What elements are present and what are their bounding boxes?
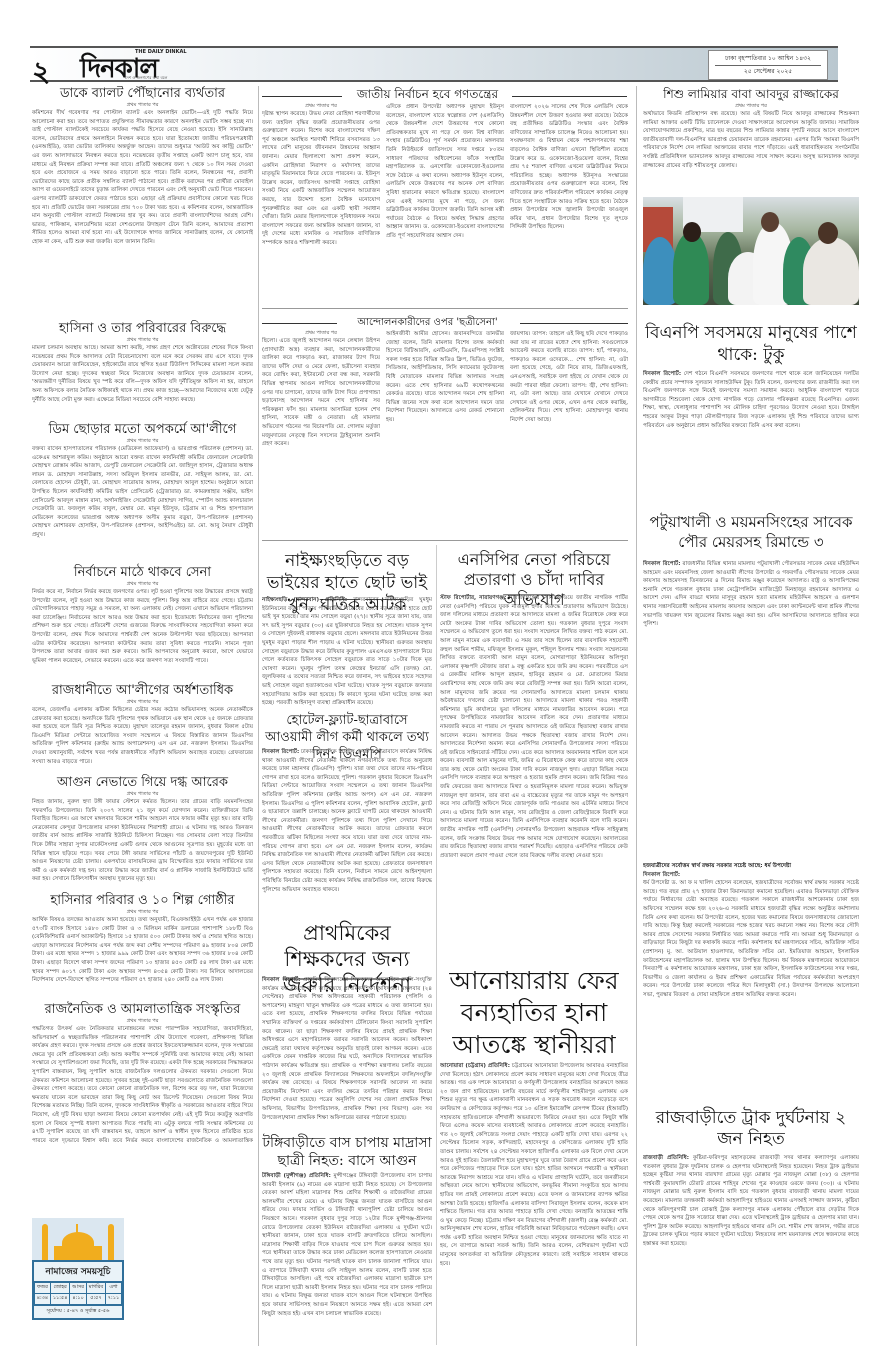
article-postal-ballot: ডাকে ব্যালট পৌঁছানোর ব্যর্থতার প্রথম পাত… xyxy=(32,86,253,321)
header-fajr: ফজর xyxy=(35,1283,51,1294)
article-body: বলেন, তেজগাঁও এলাকায় ঝটিকা মিছিলের চেষ্… xyxy=(32,706,253,775)
article-body: এদিকে প্রধান উপদেষ্টা অধ্যাপক মুহাম্মদ ই… xyxy=(386,103,504,241)
article-body: মামলা চলমান অবস্থায় আছে। আমরা আশা করছি,… xyxy=(32,344,253,422)
header-maghrib: মাগরিব xyxy=(86,1283,105,1294)
header-asr: আসর xyxy=(70,1283,86,1294)
left-column: ডাকে ব্যালট পৌঁছানোর ব্যর্থতার প্রথম পাত… xyxy=(32,86,253,1214)
chhatrisena-col3: জায়গায়। তাপস: তাহলে ওই কিছু ছবি দেখে প… xyxy=(510,330,628,535)
article-body: বক্তব্য রাখেন হাসপাতালের পরিচালক (মেডিকে… xyxy=(32,445,253,565)
headline: ডাকে ব্যালট পৌঁছানোর ব্যর্থতার xyxy=(32,86,253,102)
section-divider xyxy=(262,540,628,541)
article-body: জায়গায়। তাপস: তাহলে ওই কিছু ছবি দেখে প… xyxy=(510,330,628,425)
bnp-tuku-body: দিনকাল রিপোর্ট: দেশ গঠনে বিএনপি সবসময়ে … xyxy=(643,370,859,510)
article-army-election: নির্বাচনে মাঠে থাকবে সেনা প্রথম পাতার পর… xyxy=(32,565,253,683)
article-body: কমিশনের দীর্ঘ গবেষণার পর পোস্টাল ব্যালট … xyxy=(32,109,253,321)
article-body: প্রাথমিক বিদ্যালয়ের শিক্ষকদের অফলাইনে ব… xyxy=(262,977,432,1121)
news-photo xyxy=(643,197,859,305)
national-election-col3: বাংলাদেশ ২০২৬ সালের শেষ দিকে এলডিসি থেকে… xyxy=(510,103,628,303)
headline: আগুন নেভাতে গিয়ে দগ্ধ আরেক xyxy=(32,775,253,791)
article-body: দেশ গঠনে বিএনপি সবসময়ে জনগণের পাশে থাকে… xyxy=(643,371,859,429)
continued-label: প্রথম পাতার পর xyxy=(32,909,253,916)
article-body: আর্থিক বিষয়ও তদন্তের আওতায় আনা হয়েছে।… xyxy=(32,916,253,1002)
patuakhali-mayor-body: দিনকাল রিপোর্ট: রাজধানীর বিভিন্ন থানার ম… xyxy=(643,560,859,856)
article-hasina-groups: হাসিনার পরিবার ও ১০ শিল্প গোষ্ঠীর প্রথম … xyxy=(32,893,253,1002)
logo-english: THE DAILY DINKAL xyxy=(135,49,187,55)
continued-label: প্রথম পাতার পর xyxy=(32,337,253,344)
headline-tongibari-bus: টঙ্গিবাড়ীতে বাস চাপায় মাদ্রাসা ছাত্রী … xyxy=(262,1134,432,1170)
tagline: দেশ ও জনগণের কথা বলে xyxy=(125,75,167,82)
continued-label: প্রথম পাতার পর xyxy=(32,438,253,445)
date-gregorian: ২৫ সেপ্টেম্বর ২০২৫ xyxy=(709,66,827,78)
hajj-headline: হজযাত্রীদের সর্বোত্তম স্বার্থ রক্ষায় সর… xyxy=(643,862,859,871)
headline: রাজনৈতিক ও আমলাতান্ত্রিক সংস্কৃতির xyxy=(32,1002,253,1018)
dmp-hotel-body: দিনকাল রিপোর্ট: ঢাকার আবাসিক হোটেল, ফ্ল্… xyxy=(262,748,432,908)
continued-label: প্রথম পাতার পর xyxy=(643,103,859,110)
article-body: নারায়ণগঞ্জের সোনারগাঁওয়ে জাতীয় নাগরিক… xyxy=(440,595,628,859)
article-body: মুন্সীগঞ্জের টঙ্গিবাড়ী উপজেলায় বাস চাপ… xyxy=(262,1173,432,1317)
continued-label: প্রথম পাতার পর xyxy=(32,699,253,706)
dateline: আনোয়ারা (চট্টগ্রাম) প্রতিনিধি: xyxy=(440,1063,510,1069)
date-bengali: ঢাকা বৃহস্পতিবার ১০ আশ্বিন ১৪৩২ xyxy=(709,53,827,65)
continued-label: প্রথম পাতার পর xyxy=(32,1018,253,1025)
national-election-col2: এদিকে প্রধান উপদেষ্টা অধ্যাপক মুহাম্মদ ই… xyxy=(386,103,504,303)
naikhongchhari-body: নাইক্ষ্যংছড়ি (বান্দরবান) প্রতিনিধি: বান… xyxy=(262,596,432,706)
headline-patuakhali-mayor: পটুয়াখালী ও ময়মনসিংহের সাবেক পৌর মেয়র… xyxy=(643,512,859,552)
dateline: দিনকাল রিপোর্ট: xyxy=(262,749,299,755)
headline-rajbari-truck: রাজবাড়ীতে ট্রাক দুর্ঘটনায় ২ জন নিহত xyxy=(643,1108,859,1150)
mosque-icon xyxy=(32,1218,124,1260)
masthead: ২ দিনকাল THE DAILY DINKAL দেশ ও জনগণের ক… xyxy=(30,46,838,82)
article-body: ঢাকার আবাসিক হোটেল, ফ্ল্যাট ও ছাত্রাবাসে… xyxy=(262,749,432,893)
primary-teachers-body: দিনকাল রিপোর্ট: প্রাথমিক বিদ্যালয়ের শিক… xyxy=(262,976,432,1130)
tongibari-bus-body: টঙ্গিবাড়ী (মুন্সীগঞ্জ) প্রতিনিধি: মুন্স… xyxy=(262,1172,432,1346)
dateline: দিনকাল রিপোর্ট: xyxy=(262,977,300,983)
divider xyxy=(262,96,342,97)
article-political-reform: রাজনৈতিক ও আমলাতান্ত্রিক সংস্কৃতির প্রথম… xyxy=(32,1002,253,1145)
article-body: রাজধানীর বিভিন্ন থানার মামলায় পটুয়াখাল… xyxy=(643,561,859,627)
article-body: বাংলাদেশ ২০২৬ সালের শেষ দিকে এলডিসি থেকে… xyxy=(510,103,628,232)
dateline: দিনকাল রিপোর্ট: xyxy=(643,561,680,567)
header-zuhr: জোহর xyxy=(50,1283,69,1294)
continued-label: প্রথম পাতার পর xyxy=(32,581,253,588)
headline: হাসিনা ও তার পরিবারের বিরুদ্ধে xyxy=(32,321,253,337)
article-body: বান্দরবানের নাইক্ষ্যংছড়ির ঘুমধুম ইউনিয়… xyxy=(262,597,432,706)
article-body: ধর্ম উপদেষ্টা ড. আ ফ ম খালিদ হোসেন বলেছে… xyxy=(643,879,859,999)
prayer-table: নামাজের সময়সূচি ফজর জোহর আসর মাগরিব এশা… xyxy=(32,1260,124,1320)
headline: নির্বাচনে মাঠে থাকবে সেনা xyxy=(32,565,253,581)
article-body: পদ্ধতিগত উৎকর্ষ এবং নৈতিকতার মানোন্নয়নে… xyxy=(32,1025,253,1145)
article-fire-death: আগুন নেভাতে গিয়ে দগ্ধ আরেক প্রথম পাতার … xyxy=(32,775,253,893)
article-egg-throwing: ডিম ছোড়ার মতো অপকর্মে আ'লীগে প্রথম পাতা… xyxy=(32,422,253,565)
anowara-elephant-body: আনোয়ারা (চট্টগ্রাম) প্রতিনিধি: চট্টগ্রা… xyxy=(440,1062,628,1346)
continued-label: প্রথম পাতার পর xyxy=(32,102,253,109)
divider xyxy=(512,96,627,97)
column-separator xyxy=(636,86,637,1346)
headline: ডিম ছোড়ার মতো অপকর্মে আ'লীগে xyxy=(32,422,253,438)
continued-label: প্রথম পাতার পর xyxy=(262,330,380,337)
continued-label: প্রথম পাতার পর xyxy=(32,791,253,798)
header-isha: এশা xyxy=(106,1283,122,1294)
article-hasina-family: হাসিনা ও তার পরিবারের বিরুদ্ধে প্রথম পাত… xyxy=(32,321,253,422)
column-separator xyxy=(258,86,259,1346)
divider xyxy=(520,323,628,324)
date-box: ঢাকা বৃহস্পতিবার ১০ আশ্বিন ১৪৩২ ২৫ সেপ্ট… xyxy=(708,50,828,80)
section-divider xyxy=(262,308,628,309)
dateline: স্টাফ রিপোর্টার, নারায়ণগঞ্জ: xyxy=(440,595,506,601)
time-fajr: ৪:৩৪ xyxy=(35,1294,51,1305)
lamiya-father-body: অর্থাভাবে কিডনি প্রতিস্থাপন বন্ধ রয়েছে।… xyxy=(643,110,859,192)
rajbari-truck-body: রাজবাড়ী প্রতিনিধি: কুষ্টিয়া-ফরিদপুর মহ… xyxy=(643,1154,859,1344)
article-body: ছিলো। এতে জুলাই আন্দোলন দমনে লেথাল উইপন … xyxy=(262,337,380,449)
dateline: নাইক্ষ্যংছড়ি (বান্দরবান) প্রতিনিধি: xyxy=(262,597,347,603)
time-isha: ৭:১১ xyxy=(106,1294,122,1305)
prayer-times-box: নামাজের সময়সূচি ফজর জোহর আসর মাগরিব এশা… xyxy=(32,1218,124,1346)
national-election-col1: প্রথম পাতার পর দৃষ্টান্ত স্থাপন করেছে। উ… xyxy=(262,103,380,303)
prayer-schedule: ফজর জোহর আসর মাগরিব এশা ৪:৩৪ ১১:৫৪ ৪:১০ … xyxy=(34,1282,122,1305)
time-asr: ৪:১০ xyxy=(70,1294,86,1305)
chhatrisena-col1: প্রথম পাতার পর ছিলো। এতে জুলাই আন্দোলন দ… xyxy=(262,330,380,535)
article-body: আইনজীবী আমীর হোসেন। জবানবন্দিতে তানভীর জ… xyxy=(386,330,504,425)
article-body: নির্ভর করে না, নির্বাচন নির্ভর করছে জনগণ… xyxy=(32,588,253,683)
dateline: দিনকাল রিপোর্ট: xyxy=(643,371,681,377)
dateline: দিনকাল রিপোর্ট: xyxy=(643,871,859,880)
headline-anowara-elephant: আনোয়ারায় ফের বন্যহাতির হানা আতঙ্কে স্থ… xyxy=(440,965,628,1061)
headline: রাজধানীতে আ'লীগের অর্ধশতাধিক xyxy=(32,683,253,699)
divider xyxy=(262,323,337,324)
headline-bnp-tuku: বিএনপি সবসময়ে মানুষের পাশে থাকে: টুকু xyxy=(643,322,859,366)
time-maghrib: ৫:৫৭ xyxy=(86,1294,105,1305)
article-body: নিহত জানায়, নুরুল হুদা টঙ্গী ফায়ার স্ট… xyxy=(32,798,253,893)
ncp-fraud-body: স্টাফ রিপোর্টার, নারায়ণগঞ্জ: নারায়ণগঞ্… xyxy=(440,594,628,958)
hajj-article: হজযাত্রীদের সর্বোত্তম স্বার্থ রক্ষায় সর… xyxy=(643,862,859,1102)
chhatrisena-col2: আইনজীবী আমীর হোসেন। জবানবন্দিতে তানভীর জ… xyxy=(386,330,504,535)
article-body: অর্থাভাবে কিডনি প্রতিস্থাপন বন্ধ রয়েছে।… xyxy=(643,110,859,170)
prayer-title: নামাজের সময়সূচি xyxy=(34,1262,122,1282)
sunrise-sunset: সূর্যোদয় : ৫-৪৭ ও সূর্যাস্ত ৫-৫৬ xyxy=(34,1305,122,1318)
article-body: দৃষ্টান্ত স্থাপন করেছে। উভয় নেতা রোহিঙ্… xyxy=(262,110,380,248)
continued-label: প্রথম পাতার পর xyxy=(262,103,380,110)
article-body: কুষ্টিয়া-ফরিদপুর মহাসড়কের রাজবাড়ী সদর… xyxy=(643,1155,859,1247)
article-capital-al: রাজধানীতে আ'লীগের অর্ধশতাধিক প্রথম পাতার… xyxy=(32,683,253,775)
column-separator xyxy=(436,545,437,1345)
time-zuhr: ১১:৫৪ xyxy=(50,1294,69,1305)
dateline: টঙ্গিবাড়ী (মুন্সীগঞ্জ) প্রতিনিধি: xyxy=(262,1173,331,1179)
dateline: রাজবাড়ী প্রতিনিধি: xyxy=(643,1155,689,1161)
headline: হাসিনার পরিবার ও ১০ শিল্প গোষ্ঠীর xyxy=(32,893,253,909)
article-body: চট্টগ্রামের আনোয়ারা উপজেলায় আবারও বন্য… xyxy=(440,1063,628,1267)
